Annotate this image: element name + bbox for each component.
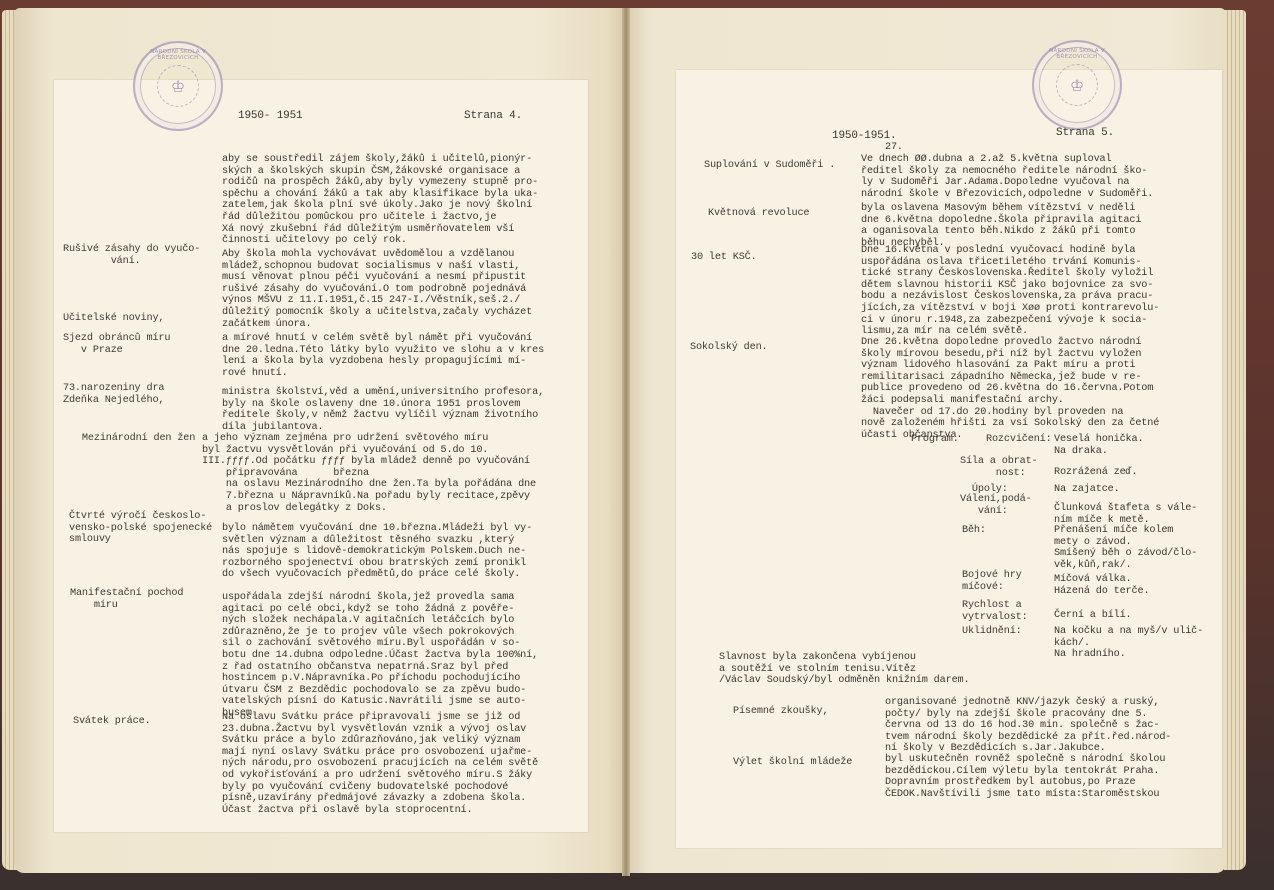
closing-paragraph: Slavnost byla zakončena vybíjenou a sout… bbox=[719, 652, 969, 687]
program-activity: Veselá honička. Na draka. bbox=[1054, 434, 1143, 457]
entry-text: a mírové hnutí v celém světě byl námět p… bbox=[222, 333, 544, 379]
program-category: Síla a obrat- nost: bbox=[960, 456, 1038, 479]
entry-label: Rušivé zásahy do vyučo- vání. bbox=[63, 244, 200, 267]
program-activity: Člunková štafeta s vále- ním míče k metě… bbox=[1054, 503, 1197, 526]
entry-text: ministra školství,věd a umění,universitn… bbox=[222, 387, 544, 433]
program-category: Uklidnění: bbox=[962, 626, 1022, 638]
entry-text: důležitý pomocník školy a učitelstva,zač… bbox=[222, 307, 532, 330]
entry-text: a jeho význam zejména pro udržení světov… bbox=[202, 433, 536, 514]
program-activity: Černí a bílí. bbox=[1054, 610, 1132, 622]
date-correction: 27. bbox=[885, 142, 903, 154]
entry-text: Ve dnech ØØ.dubna a 2.až 5.května suplov… bbox=[861, 154, 1153, 200]
stamp-text: NÁRODNÍ ŠKOLA V BŘEZOVICÍCH bbox=[1034, 48, 1120, 60]
entry-text: byla oslavena Masovým během vítězství v … bbox=[861, 203, 1141, 249]
entry-label: 73.narozeniny dra Zdeňka Nejedlého, bbox=[63, 383, 164, 406]
entry-label: Písemné zkoušky, bbox=[733, 706, 828, 718]
entry-label: Sjezd obránců míru v Praze bbox=[63, 333, 170, 356]
entry-text: Aby škola mohla vychovávat uvědomělou a … bbox=[222, 249, 526, 307]
program-activity: Míčová válka. Házená do terče. bbox=[1054, 574, 1149, 597]
program-activity: Rozrážená zeď. bbox=[1054, 467, 1138, 479]
entry-text: organisované jednotně KNV/jazyk český a … bbox=[885, 697, 1171, 755]
school-stamp-left: NÁRODNÍ ŠKOLA V BŘEZOVICÍCH ♔ bbox=[133, 41, 223, 131]
entry-text: Dne 16.května v poslední vyučovací hodin… bbox=[861, 245, 1159, 338]
entry-text: uspořádala zdejší národní škola,jež prov… bbox=[222, 592, 538, 720]
stamp-text: NÁRODNÍ ŠKOLA V BŘEZOVICÍCH bbox=[135, 49, 221, 61]
entry-label: Květnová revoluce bbox=[708, 208, 809, 220]
program-category: Běh: bbox=[962, 525, 986, 537]
program-category: Rychlost a vytrvalost: bbox=[962, 600, 1028, 623]
program-category: Rozcvičení: bbox=[986, 434, 1052, 446]
program-activity: Na kočku a na myš/v ulič- kách/. Na hrad… bbox=[1054, 626, 1203, 661]
program-activity: Přenášení míče kolem mety o závod. Smíše… bbox=[1054, 525, 1197, 571]
left-intro-paragraph: aby se soustředil zájem školy,žáků i uči… bbox=[222, 154, 538, 247]
entry-text: Na oslavu Svátku práce připravovali jsme… bbox=[222, 712, 538, 816]
program-title: Program. bbox=[911, 434, 959, 446]
entry-label: Manifestační pochod míru bbox=[70, 588, 183, 611]
entry-label: Svátek práce. bbox=[73, 716, 151, 728]
entry-label: Výlet školní mládeže bbox=[733, 757, 852, 769]
program-activity: Na zajatce. bbox=[1054, 484, 1120, 496]
program-category: Bojové hry míčové: bbox=[962, 570, 1022, 593]
lion-emblem-icon: ♔ bbox=[157, 65, 199, 107]
entry-text: bylo námětem vyučování dne 10.března.Mlá… bbox=[222, 523, 532, 581]
entry-label: Učitelské noviny, bbox=[63, 313, 164, 325]
entry-text: Dne 26.května dopoledne provedlo žactvo … bbox=[861, 337, 1159, 441]
right-page-year: 1950-1951. bbox=[832, 131, 897, 143]
left-page-year: 1950- 1951 bbox=[238, 111, 303, 123]
entry-label: Suplování v Sudoměři . bbox=[704, 160, 835, 172]
left-page-number: Strana 4. bbox=[464, 111, 522, 123]
page-edges-right bbox=[1224, 10, 1246, 870]
lion-emblem-icon: ♔ bbox=[1056, 64, 1098, 106]
entry-label: Čtvrté výročí českoslo- vensko-polské sp… bbox=[69, 511, 212, 546]
right-page-number: Strana 5. bbox=[1056, 128, 1114, 140]
program-category: Válení,podá- vání: bbox=[960, 494, 1032, 517]
entry-label: Sokolský den. bbox=[690, 342, 768, 354]
school-stamp-right: NÁRODNÍ ŠKOLA V BŘEZOVICÍCH ♔ bbox=[1032, 40, 1122, 130]
entry-label: 30 let KSČ. bbox=[691, 252, 757, 264]
entry-text: byl uskutečněn rovněž společně s národní… bbox=[885, 754, 1165, 800]
book-gutter bbox=[622, 8, 630, 876]
entry-label: Mezinárodní den žen bbox=[70, 433, 195, 445]
